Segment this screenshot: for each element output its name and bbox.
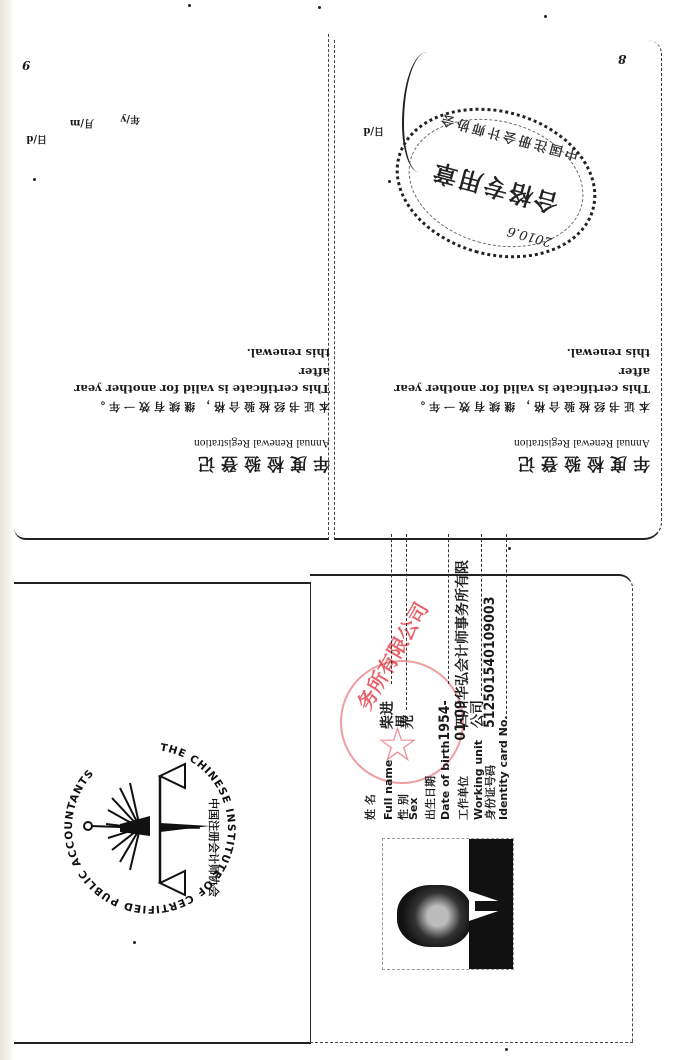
date-month-label: 月/m	[80, 116, 94, 128]
scan-speck	[508, 547, 511, 550]
renewal-title-en: Annual Renewal Registration	[360, 437, 650, 449]
renewal-text-en-1: This certificate is valid for another ye…	[360, 363, 650, 397]
field-dob: Date of birth 1954-01-09	[437, 534, 452, 820]
sex-value: 男	[392, 714, 412, 728]
field-name-cn: 姓 名	[362, 534, 377, 820]
field-unit-cn: 工作单位 四川华弘会计师事务所有限	[452, 534, 467, 820]
scan-speck	[133, 941, 136, 944]
field-dob-cn: 出生日期	[422, 534, 437, 820]
scan-speck	[388, 180, 391, 183]
renewal-title-en: Annual Renewal Registration	[40, 437, 330, 449]
renewal-text-cn: 本证书经检验合格，继续有效一年。	[40, 399, 330, 415]
renewal-block-left: 年度检验登记 Annual Renewal Registration 本证书经检…	[40, 344, 330, 478]
renewal-block-right: 年度检验登记 Annual Renewal Registration 本证书经检…	[360, 344, 650, 478]
renewal-text-cn: 本证书经检验合格，继续有效一年。	[360, 399, 650, 415]
scan-spine-shadow	[0, 0, 14, 1060]
scan-speck	[505, 1048, 508, 1051]
renewal-text-en-1: This certificate is valid for another ye…	[40, 363, 330, 397]
id-card-value: 512501540109003	[482, 597, 498, 728]
field-sex-cn: 性 别 男	[392, 534, 407, 820]
holder-fields: 姓 名 Full name 柴进光 性 别 男 Sex 出生日期 Date of…	[362, 534, 512, 820]
field-id: Identity card No.	[497, 534, 512, 820]
photo-tie	[475, 901, 513, 911]
field-sex: Sex	[407, 534, 422, 820]
svg-text:中国注册会计师协会: 中国注册会计师协会	[207, 798, 221, 897]
holder-id-block: 姓 名 Full name 柴进光 性 别 男 Sex 出生日期 Date of…	[352, 590, 552, 970]
cicpa-logo-icon: THE CHINESE INSTITUTE OF CERTIFIED PUBLI…	[50, 728, 250, 928]
renewal-text-en-2: this renewal.	[40, 344, 330, 361]
photo-head	[397, 885, 471, 947]
date-day-label: 日/d	[33, 132, 47, 144]
page-number: 9	[22, 58, 30, 72]
field-id-cn: 身份证号码 512501540109003	[482, 534, 497, 820]
renewal-text-en-2: this renewal.	[360, 344, 650, 361]
page-number: 8	[618, 52, 626, 66]
renewal-title-cn: 年度检验登记	[360, 453, 650, 478]
holder-photo	[382, 838, 514, 970]
scan-speck	[33, 178, 36, 181]
renewal-title-cn: 年度检验登记	[40, 453, 330, 478]
field-name: Full name 柴进光	[377, 534, 392, 820]
date-year-label: 年/y	[126, 112, 140, 124]
scan-speck	[188, 4, 191, 7]
date-day-label: 日/d	[370, 124, 384, 136]
scan-speck	[318, 6, 321, 9]
scan-speck	[544, 15, 547, 18]
